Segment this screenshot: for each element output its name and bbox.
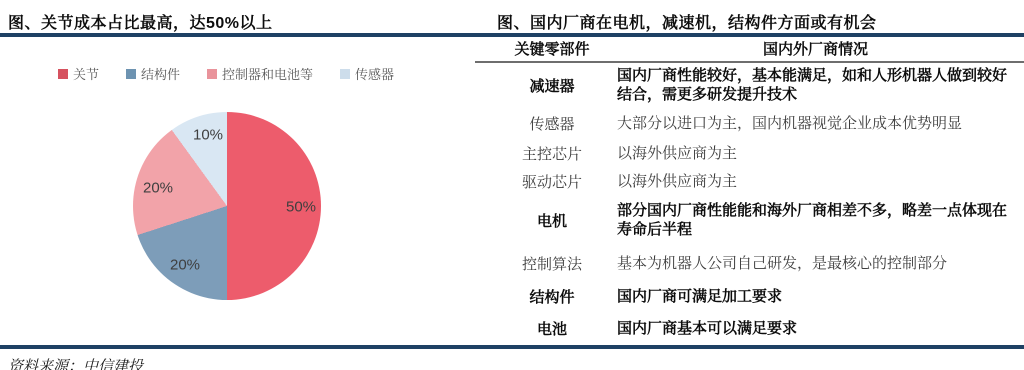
legend-item-sensor: 传感器 <box>340 64 394 83</box>
part-detail: 国内厂商基本可以满足要求 <box>617 319 1014 338</box>
part-detail: 以海外供应商为主 <box>617 144 1014 163</box>
table-row-main-chip: 主控芯片 以海外供应商为主 <box>487 138 1015 168</box>
components-table-body: 减速器 国内厂商性能较好，基本能满足，如和人形机器人做到较好结合，需更多研发提升… <box>487 62 1015 344</box>
legend-label: 关节 <box>73 64 99 83</box>
part-name: 传感器 <box>487 113 617 134</box>
legend-item-controller-battery: 控制器和电池等 <box>207 64 313 83</box>
part-detail: 国内厂商可满足加工要求 <box>617 287 1014 306</box>
report-figure-panel: 图、关节成本占比最高，达50%以上 图、国内厂商在电机，减速机，结构件方面或有机… <box>0 0 1024 370</box>
pie-data-label-joint: 50% <box>286 199 316 216</box>
table-row-structure: 结构件 国内厂商可满足加工要求 <box>487 280 1015 312</box>
pie-data-label-sensor: 10% <box>193 127 223 144</box>
legend-swatch <box>340 69 350 79</box>
table-row-driver-chip: 驱动芯片 以海外供应商为主 <box>487 168 1015 194</box>
table-row-reducer: 减速器 国内厂商性能较好，基本能满足，如和人形机器人做到较好结合，需更多研发提升… <box>487 62 1015 108</box>
part-name: 主控芯片 <box>487 143 617 164</box>
part-name: 电池 <box>487 318 617 339</box>
table-header-status: 国内外厂商情况 <box>617 38 1014 59</box>
table-row-battery: 电池 国内厂商基本可以满足要求 <box>487 312 1015 344</box>
legend-swatch <box>58 69 68 79</box>
part-detail: 以海外供应商为主 <box>617 172 1014 191</box>
table-row-control-algorithm: 控制算法 基本为机器人公司自己研发，是最核心的控制部分 <box>487 246 1015 280</box>
legend-label: 传感器 <box>355 64 394 83</box>
legend-label: 控制器和电池等 <box>222 64 313 83</box>
table-row-sensor: 传感器 大部分以进口为主，国内机器视觉企业成本优势明显 <box>487 108 1015 138</box>
legend-label: 结构件 <box>141 64 180 83</box>
part-name: 驱动芯片 <box>487 171 617 192</box>
pie-data-label-controller-battery: 20% <box>143 180 173 197</box>
components-table-header: 关键零部件 国内外厂商情况 <box>487 36 1015 61</box>
figure-bottom-rule <box>0 345 1024 349</box>
part-name: 控制算法 <box>487 253 617 274</box>
part-detail: 部分国内厂商性能能和海外厂商相差不多，略差一点体现在寿命后半程 <box>617 201 1014 239</box>
part-detail: 基本为机器人公司自己研发，是最核心的控制部分 <box>617 254 1014 273</box>
left-figure-title: 图、关节成本占比最高，达50%以上 <box>8 10 273 33</box>
part-name: 减速器 <box>487 75 617 96</box>
legend-item-joint: 关节 <box>58 64 99 83</box>
source-note: 资料来源：中信建投 <box>8 355 143 370</box>
table-row-motor: 电机 部分国内厂商性能能和海外厂商相差不多，略差一点体现在寿命后半程 <box>487 194 1015 246</box>
part-name: 电机 <box>487 210 617 231</box>
pie-data-label-structure: 20% <box>170 257 200 274</box>
legend-swatch <box>207 69 217 79</box>
part-name: 结构件 <box>487 286 617 307</box>
legend-item-structure: 结构件 <box>126 64 180 83</box>
right-figure-title: 图、国内厂商在电机，减速机，结构件方面或有机会 <box>497 10 877 33</box>
part-detail: 大部分以进口为主，国内机器视觉企业成本优势明显 <box>617 114 1014 133</box>
table-header-part: 关键零部件 <box>487 38 617 59</box>
pie-legend: 关节 结构件 控制器和电池等 传感器 <box>58 64 394 83</box>
legend-swatch <box>126 69 136 79</box>
part-detail: 国内厂商性能较好，基本能满足，如和人形机器人做到较好结合，需更多研发提升技术 <box>617 66 1014 104</box>
